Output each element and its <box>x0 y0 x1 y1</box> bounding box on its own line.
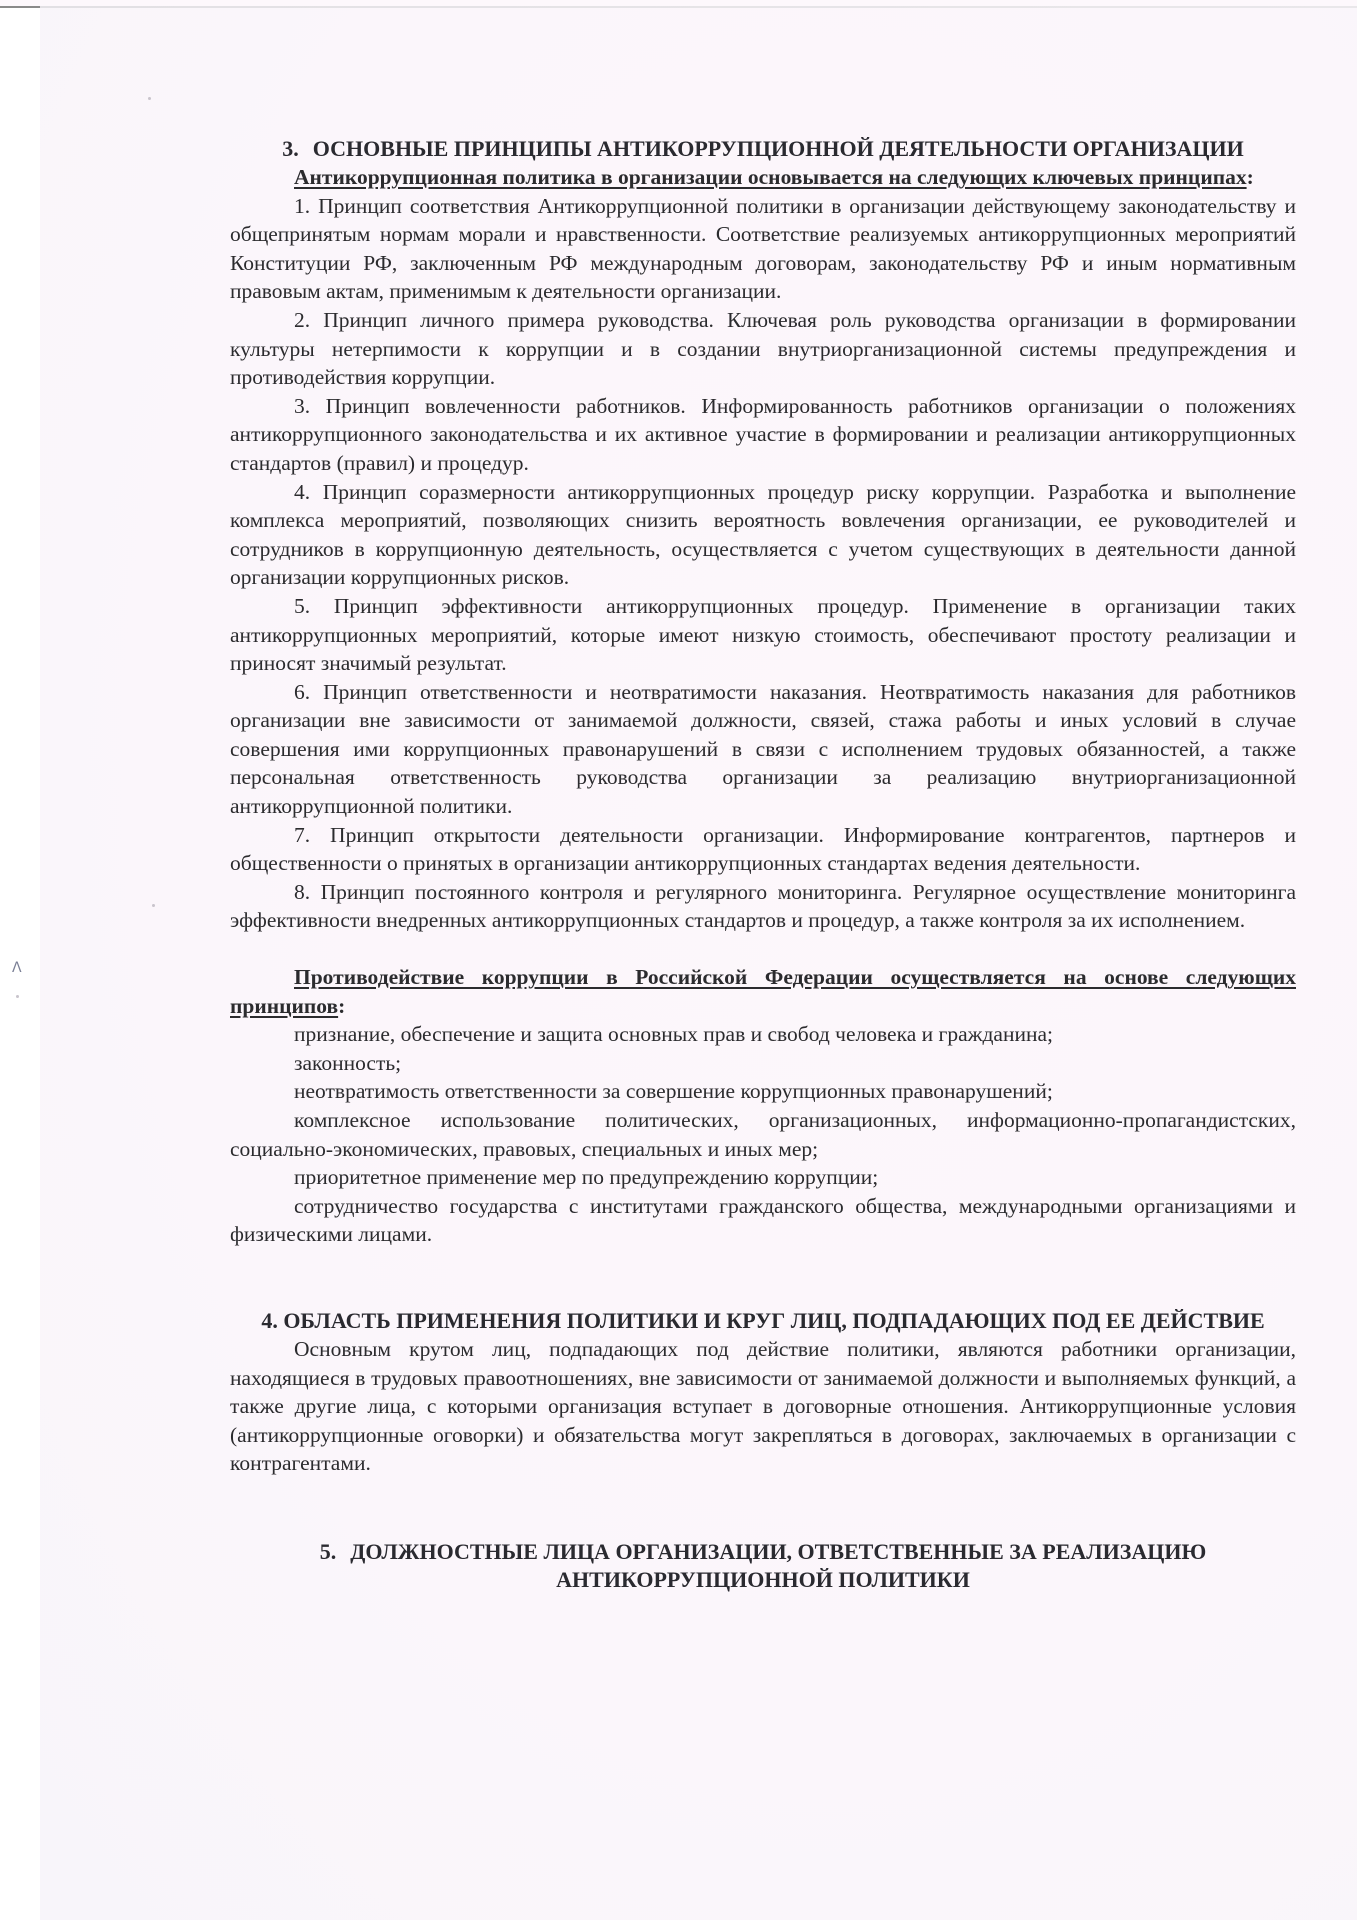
rf-principle-item: сотрудничество государства с институтами… <box>230 1192 1296 1249</box>
document-page: 3.ОСНОВНЫЕ ПРИНЦИПЫ АНТИКОРРУПЦИОННОЙ ДЕ… <box>230 135 1296 1594</box>
spacer <box>230 1478 1296 1538</box>
rf-principle-item: неотвратимость ответственности за соверш… <box>230 1077 1296 1106</box>
rf-principles-lead: Противодействие коррупции в Российской Ф… <box>230 963 1296 1020</box>
section-5-title: ДОЛЖНОСТНЫЕ ЛИЦА ОРГАНИЗАЦИИ, ОТВЕТСТВЕН… <box>350 1539 1206 1592</box>
principle-1: 1. Принцип соответствия Антикоррупционно… <box>230 192 1296 306</box>
section-4-body: Основным крутом лиц, подпадающих под дей… <box>230 1335 1296 1478</box>
rf-principle-item: комплексное использование политических, … <box>230 1106 1296 1163</box>
rf-principle-item: признание, обеспечение и защита основных… <box>230 1020 1296 1049</box>
principle-5: 5. Принцип эффективности антикоррупционн… <box>230 592 1296 678</box>
section-3-lead-text: Антикоррупционная политика в организации… <box>294 165 1247 189</box>
scan-speck <box>16 995 19 998</box>
section-3-lead: Антикоррупционная политика в организации… <box>230 163 1296 192</box>
section-5-heading: 5.ДОЛЖНОСТНЫЕ ЛИЦА ОРГАНИЗАЦИИ, ОТВЕТСТВ… <box>230 1538 1296 1594</box>
rf-principles-lead-text: Противодействие коррупции в Российской Ф… <box>230 965 1296 1018</box>
spacer <box>230 935 1296 963</box>
principle-2: 2. Принцип личного примера руководства. … <box>230 306 1296 392</box>
rf-principle-item: законность; <box>230 1049 1296 1078</box>
rf-principle-item: приоритетное применение мер по предупреж… <box>230 1163 1296 1192</box>
spacer <box>230 1249 1296 1307</box>
section-3-title: ОСНОВНЫЕ ПРИНЦИПЫ АНТИКОРРУПЦИОННОЙ ДЕЯТ… <box>313 136 1244 161</box>
section-3-heading: 3.ОСНОВНЫЕ ПРИНЦИПЫ АНТИКОРРУПЦИОННОЙ ДЕ… <box>230 135 1296 163</box>
section-5-number: 5. <box>320 1539 337 1564</box>
principle-4: 4. Принцип соразмерности антикоррупционн… <box>230 478 1296 592</box>
principle-7: 7. Принцип открытости деятельности орган… <box>230 821 1296 878</box>
scan-speck <box>152 904 155 907</box>
scan-speck <box>148 97 151 100</box>
margin-pencil-mark: Λ <box>12 960 22 976</box>
section-3-number: 3. <box>282 136 299 161</box>
section-4-heading: 4. ОБЛАСТЬ ПРИМЕНЕНИЯ ПОЛИТИКИ И КРУГ ЛИ… <box>230 1307 1296 1335</box>
principle-8: 8. Принцип постоянного контроля и регуля… <box>230 878 1296 935</box>
principle-6: 6. Принцип ответственности и неотвратимо… <box>230 678 1296 821</box>
principle-3: 3. Принцип вовлеченности работников. Инф… <box>230 392 1296 478</box>
